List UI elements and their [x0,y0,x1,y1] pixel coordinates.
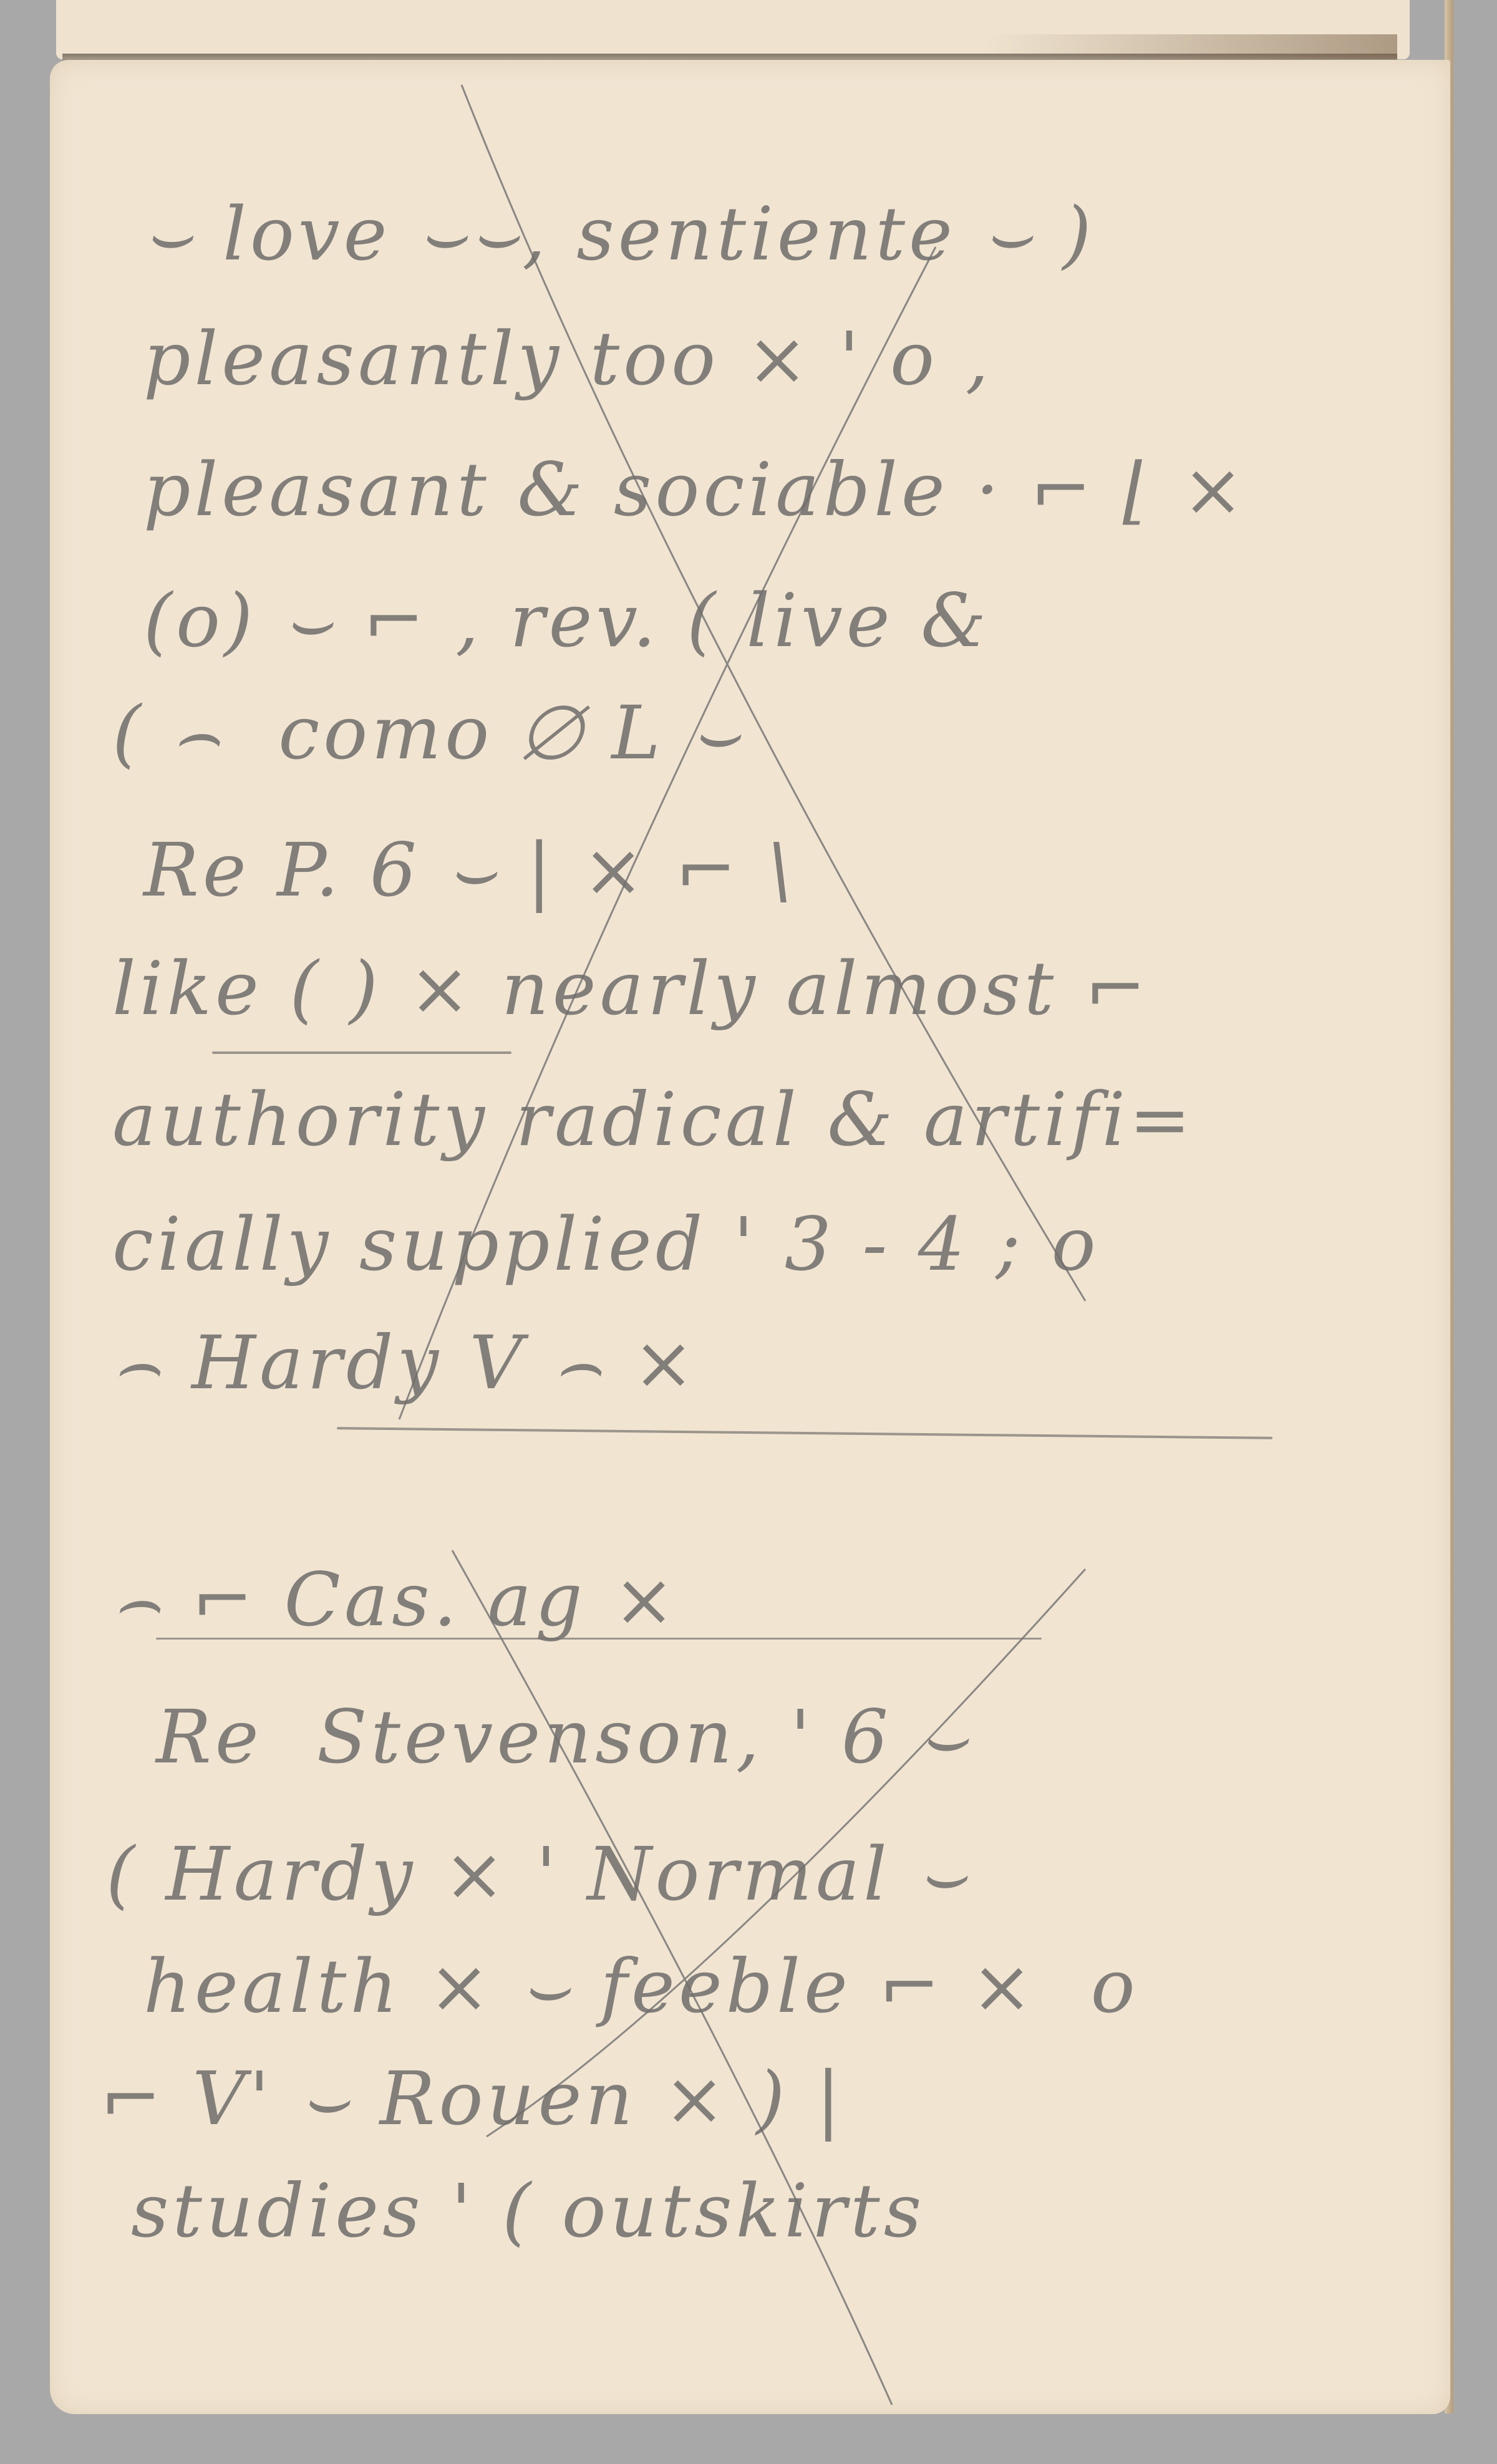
underline [156,1638,1042,1640]
handwritten-line: authority radical & artifi= [112,1076,1194,1162]
handwritten-line: ( Hardy × ' Normal ⌣ [106,1831,970,1918]
notebook-page: ⌣ love ⌣⌣, sentiente ⌣ ) pleasantly too … [50,60,1450,2414]
handwritten-line: (o) ⌣ ⌐ , rev. ( live & [143,577,990,665]
handwritten-line: Re P. 6 ⌣ | × ⌐ \ [143,827,796,914]
handwritten-line: studies ' ( outskirts [131,2168,925,2254]
handwritten-line: ⌣ love ⌣⌣, sentiente ⌣ ) [143,191,1095,278]
handwritten-line: pleasant & sociable · ⌐ ⌊ × [143,447,1247,533]
underline [212,1051,511,1054]
handwritten-line: pleasantly too × ' o , [143,316,992,402]
handwritten-line: ( ⌢ como ⌀ L ⌣ [112,690,744,777]
handwritten-line: Re Stevenson, ' 6 ⌣ [156,1694,971,1781]
handwritten-line: like ( ) × nearly almost ⌐ [112,945,1150,1031]
handwritten-line: ⌐ V' ⌣ Rouen × ) | [100,2056,845,2143]
page-stain [986,34,1397,59]
handwritten-line: ⌢ ⌐ Cas. ag × [112,1557,679,1644]
handwritten-line: cially supplied ' 3 - 4 ; o [112,1201,1100,1287]
handwritten-line: ⌢ Hardy V ⌢ × [112,1320,698,1407]
handwritten-line: health × ⌣ feeble ⌐ × o [143,1943,1139,2031]
